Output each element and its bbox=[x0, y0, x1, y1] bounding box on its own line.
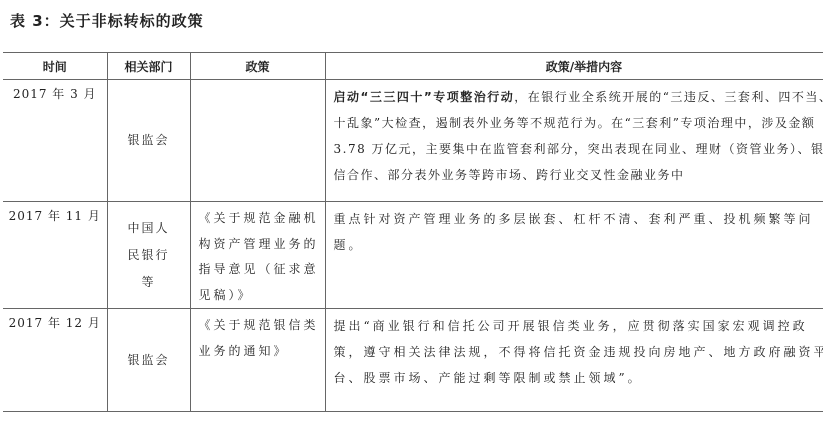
table-row: 2017 年 3 月 银监会 启动“三三四十”专项整治行动，在银行业全系统开展的… bbox=[3, 80, 823, 202]
content-text: 提出“商业银行和信托公司开展银信类业务，应贯彻落实国家宏观调控政策，遵守相关法律… bbox=[334, 319, 823, 385]
cell-time: 2017 年 3 月 bbox=[3, 80, 107, 202]
cell-policy: 《关于规范金融机构资产管理业务的指导意见（征求意见稿）》 bbox=[190, 202, 325, 309]
policy-table: 时间 相关部门 政策 政策/举措内容 2017 年 3 月 银监会 启动“三三四… bbox=[3, 52, 823, 412]
table-row: 2017 年 12 月 银监会 《关于规范银信类业务的通知》 提出“商业银行和信… bbox=[3, 309, 823, 412]
cell-time: 2017 年 11 月 bbox=[3, 202, 107, 309]
table-title: 表 3：关于非标转标的政策 bbox=[10, 10, 204, 31]
content-text: 重点针对资产管理业务的多层嵌套、杠杆不清、套利严重、投机频繁等问题。 bbox=[334, 212, 814, 252]
content-bold: 启动“三三四十”专项整治行动 bbox=[334, 90, 515, 104]
cell-policy: 《关于规范银信类业务的通知》 bbox=[190, 309, 325, 412]
cell-content: 重点针对资产管理业务的多层嵌套、杠杆不清、套利严重、投机频繁等问题。 bbox=[325, 202, 823, 309]
table-header-row: 时间 相关部门 政策 政策/举措内容 bbox=[3, 53, 823, 80]
cell-content: 启动“三三四十”专项整治行动，在银行业全系统开展的“三违反、三套利、四不当、十乱… bbox=[325, 80, 823, 202]
cell-policy bbox=[190, 80, 325, 202]
header-dept: 相关部门 bbox=[107, 53, 190, 80]
cell-time: 2017 年 12 月 bbox=[3, 309, 107, 412]
cell-dept: 中国人民银行等 bbox=[107, 202, 190, 309]
header-policy: 政策 bbox=[190, 53, 325, 80]
cell-content: 提出“商业银行和信托公司开展银信类业务，应贯彻落实国家宏观调控政策，遵守相关法律… bbox=[325, 309, 823, 412]
cell-dept: 银监会 bbox=[107, 309, 190, 412]
header-time: 时间 bbox=[3, 53, 107, 80]
cell-dept: 银监会 bbox=[107, 80, 190, 202]
table-row: 2017 年 11 月 中国人民银行等 《关于规范金融机构资产管理业务的指导意见… bbox=[3, 202, 823, 309]
header-content: 政策/举措内容 bbox=[325, 53, 823, 80]
